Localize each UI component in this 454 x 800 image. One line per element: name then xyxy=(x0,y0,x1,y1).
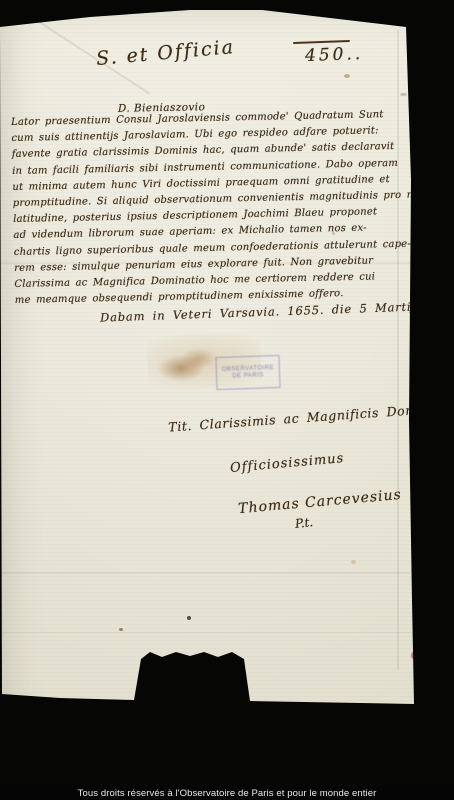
fold-crease xyxy=(0,572,410,574)
foxing-spot xyxy=(411,652,415,659)
letter-salutation-heading: S. et Officia xyxy=(95,36,235,70)
scanned-letter-page: OBSERVATOIRE DE PARIS S. et Officia 450.… xyxy=(0,0,454,800)
valediction: Officiosissimus xyxy=(230,451,345,476)
fold-crease xyxy=(0,632,410,633)
archive-stamp: OBSERVATOIRE DE PARIS xyxy=(215,355,280,390)
foxing-spot xyxy=(400,93,407,96)
letter-body: Lator praesentium Consul Jaroslaviensis … xyxy=(11,108,427,311)
footer-bar: Tous droits réservés à l'Observatoire de… xyxy=(0,786,454,800)
page-number-overline xyxy=(293,40,350,44)
closing-address-line: Tit. Clarissimis ac Magnificis Dominis xyxy=(168,400,443,434)
signature: Thomas Carcevesius xyxy=(238,487,403,517)
stamp-line: DE PARIS xyxy=(232,372,264,380)
manuscript-paper: OBSERVATOIRE DE PARIS S. et Officia 450.… xyxy=(0,0,454,800)
ink-speck xyxy=(119,628,123,631)
foxing-spot xyxy=(351,560,356,564)
ink-speck xyxy=(187,616,191,620)
signature-initials: P.t. xyxy=(294,515,313,531)
copyright-text: Tous droits réservés à l'Observatoire de… xyxy=(78,788,377,799)
archive-page-number: 450.. xyxy=(305,44,364,66)
foxing-spot xyxy=(344,74,350,78)
